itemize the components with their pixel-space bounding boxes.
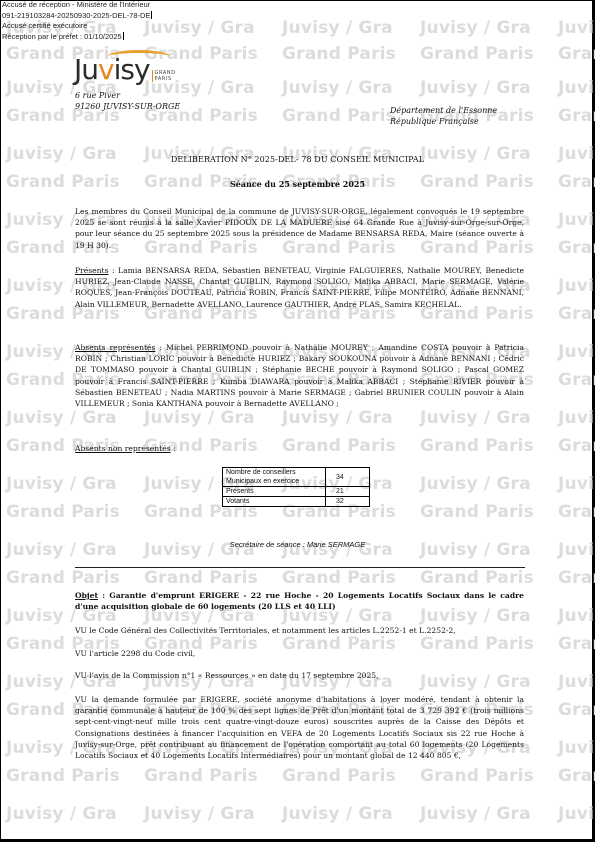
table-row: Présents 21 — [223, 487, 370, 497]
row-label: Présents — [223, 487, 326, 497]
stamp-line-2: 091-219103284-20250930-2025-DEL-78-DE — [2, 11, 152, 22]
vu-cgct: VU le Code Général des Collectivités Ter… — [75, 625, 524, 636]
text-cursor — [151, 11, 152, 19]
row-value: 32 — [326, 497, 370, 507]
logo-swoosh-icon — [108, 50, 170, 63]
row-label: Nombre de conseillers Municipaux en exer… — [223, 468, 326, 487]
row-value: 34 — [326, 468, 370, 487]
absents-not-represented-colon: : — [171, 444, 176, 453]
intro-paragraph: Les membres du Conseil Municipal de la c… — [75, 206, 524, 251]
vu-commission: VU l'avis de la Commission n°1 « Ressour… — [75, 670, 524, 681]
object-paragraph: Objet : Garantie d'emprunt ERIGERE - 22 … — [75, 590, 524, 612]
councillors-count-table: Nombre de conseillers Municipaux en exer… — [222, 467, 370, 507]
row-value: 21 — [326, 487, 370, 497]
scan-mark: · · · — [310, 640, 328, 646]
text-cursor — [123, 32, 124, 40]
address-street: 6 rue Piver — [75, 91, 180, 102]
presents-label: Présents — [75, 266, 108, 275]
department-block: Département de l'Essonne République Fran… — [390, 106, 497, 127]
logo-sub-paris: PARIS — [155, 76, 176, 82]
logo-wordmark: Juvisy — [74, 56, 150, 84]
republic-name: République Française — [390, 117, 497, 128]
logo-subtitle: GRAND PARIS — [152, 70, 176, 82]
object-text: : Garantie d'emprunt ERIGERE - 22 rue Ho… — [75, 591, 524, 611]
stamp-reception-date: Réception par le préfet : 01/10/2025 — [2, 32, 122, 41]
document-page: Juvisy GRAND PARIS 6 rue Piver 91260 JUV… — [0, 0, 595, 842]
vu-demande-erigere: VU la demande formulée par ERIGERE, soci… — [75, 694, 524, 761]
absents-represented-paragraph: Absents représentés : Michel PERRIMOND p… — [75, 342, 524, 409]
logo-part-a: Ju — [74, 53, 98, 86]
vu-code-civil: VU l'article 2298 du Code civil, — [75, 648, 524, 659]
divider — [75, 567, 525, 568]
department-name: Département de l'Essonne — [390, 106, 497, 117]
stamp-line-4: Réception par le préfet : 01/10/2025 — [2, 32, 152, 43]
table-row: Votants 32 — [223, 497, 370, 507]
session-secretary: Secrétaire de séance : Marie SERMAGE — [0, 540, 595, 549]
stamp-line-3: Accusé certifié exécutoire — [2, 21, 152, 32]
deliberation-title: DELIBERATION N° 2025-DEL- 78 DU CONSEIL … — [0, 155, 595, 164]
object-label: Objet — [75, 591, 98, 600]
juvisy-logo: Juvisy GRAND PARIS — [74, 56, 176, 84]
reception-stamp: Accusé de réception - Ministère de l'Int… — [2, 0, 152, 42]
presents-list: : Lamia BENSARSA REDA, Sébastien BENETEA… — [75, 266, 524, 309]
stamp-identifier: 091-219103284-20250930-2025-DEL-78-DE — [2, 11, 150, 20]
stamp-line-1: Accusé de réception - Ministère de l'Int… — [2, 0, 152, 11]
absents-represented-list: : Michel PERRIMOND pouvoir à Nathalie MO… — [75, 343, 524, 408]
presents-paragraph: Présents : Lamia BENSARSA REDA, Sébastie… — [75, 265, 524, 310]
address-city: 91260 JUVISY-SUR-ORGE — [75, 102, 180, 113]
absents-not-represented-label: Absents non représentés — [75, 444, 171, 453]
row-label: Votants — [223, 497, 326, 507]
seance-date: Séance du 25 septembre 2025 — [0, 179, 595, 189]
absents-represented-label: Absents représentés — [75, 343, 155, 352]
absents-not-represented-paragraph: Absents non représentés : — [75, 443, 524, 454]
mairie-address: 6 rue Piver 91260 JUVISY-SUR-ORGE — [75, 91, 180, 112]
table-row: Nombre de conseillers Municipaux en exer… — [223, 468, 370, 487]
